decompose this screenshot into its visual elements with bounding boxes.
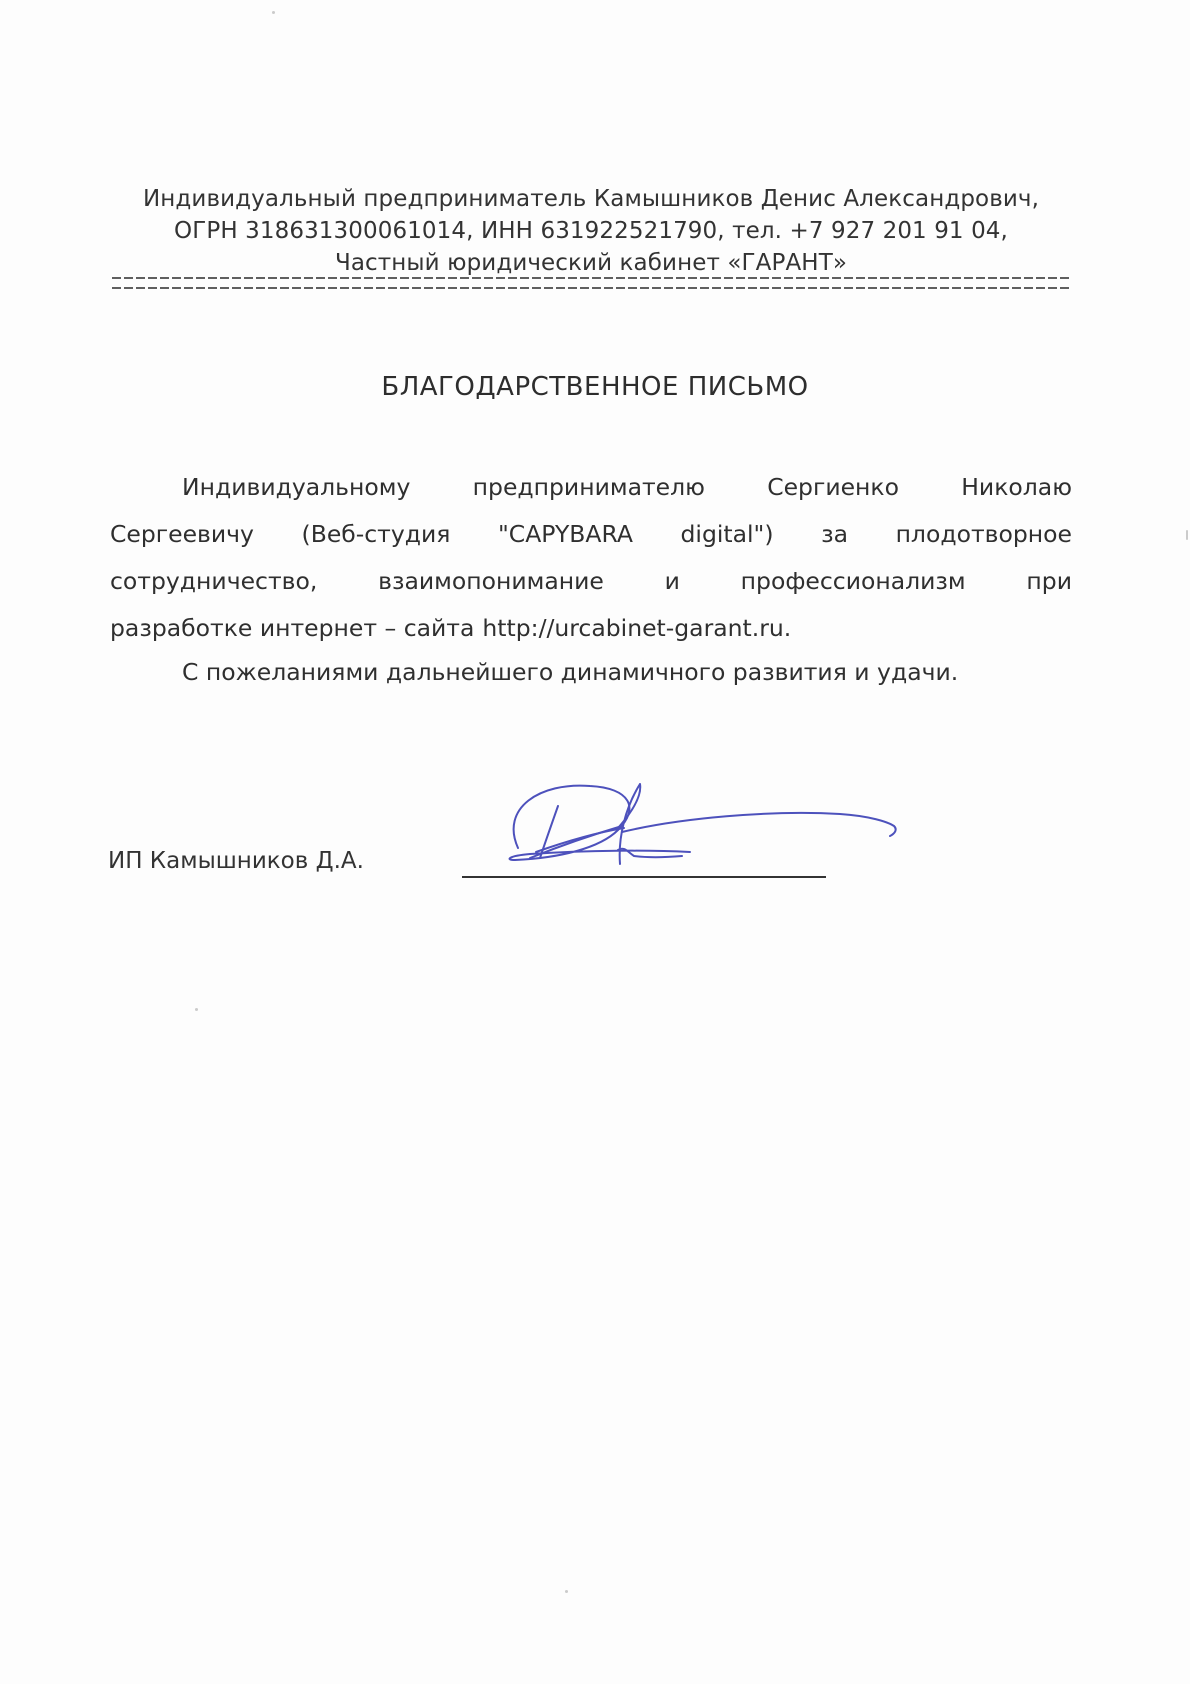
word: при — [1026, 558, 1072, 605]
studio-name-suffix: digital") — [681, 511, 774, 558]
word: Индивидуальному — [182, 464, 410, 511]
body-line-4: разработке интернет – сайта http://urcab… — [110, 605, 1072, 652]
scan-speck — [272, 11, 275, 14]
studio-name: "CAPYBARA — [498, 511, 633, 558]
scan-speck — [1186, 530, 1188, 540]
signer-name: ИП Камышников Д.А. — [108, 848, 364, 874]
word: и — [665, 558, 680, 605]
signature-line — [462, 876, 826, 878]
recipient-name: Николаю — [961, 464, 1072, 511]
handwritten-signature-icon — [500, 778, 910, 888]
letterhead-line-company: Частный юридический кабинет «ГАРАНТ» — [108, 247, 1074, 279]
body-line-2: Сергеевичу (Веб-студия "CAPYBARA digital… — [110, 511, 1072, 558]
letterhead-separator — [112, 277, 1070, 289]
word: плодотворное — [896, 511, 1072, 558]
word: за — [821, 511, 848, 558]
word: предпринимателю — [473, 464, 705, 511]
scan-speck — [195, 1008, 198, 1011]
word: (Веб-студия — [302, 511, 451, 558]
word: взаимопонимание — [378, 558, 604, 605]
scan-speck — [565, 1590, 568, 1593]
word: профессионализм — [741, 558, 966, 605]
letter-body: Индивидуальному предпринимателю Сергиенк… — [110, 464, 1072, 652]
document-page: Индивидуальный предприниматель Камышнико… — [0, 0, 1190, 1684]
body-line-1: Индивидуальному предпринимателю Сергиенк… — [110, 464, 1072, 511]
word: разработке интернет – сайта — [110, 605, 474, 652]
recipient-surname: Сергиенко — [767, 464, 899, 511]
recipient-patronymic: Сергеевичу — [110, 511, 254, 558]
letterhead-line-owner: Индивидуальный предприниматель Камышнико… — [108, 183, 1074, 215]
website-url: http://urcabinet-garant.ru. — [482, 605, 791, 652]
closing-wishes: С пожеланиями дальнейшего динамичного ра… — [182, 658, 958, 686]
letterhead: Индивидуальный предприниматель Камышнико… — [108, 183, 1074, 279]
body-line-3: сотрудничество, взаимопонимание и профес… — [110, 558, 1072, 605]
word: сотрудничество, — [110, 558, 317, 605]
document-title: БЛАГОДАРСТВЕННОЕ ПИСЬМО — [0, 372, 1190, 402]
letterhead-line-registration: ОГРН 318631300061014, ИНН 631922521790, … — [108, 215, 1074, 247]
